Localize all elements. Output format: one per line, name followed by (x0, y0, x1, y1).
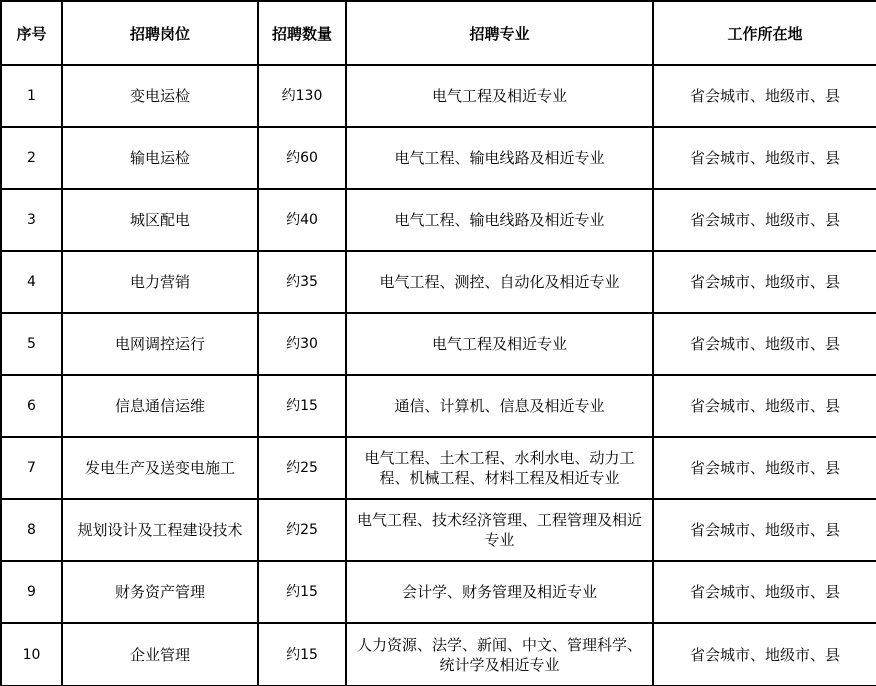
cell-position: 城区配电 (62, 189, 258, 251)
cell-serial-number: 2 (1, 127, 62, 189)
cell-position: 发电生产及送变电施工 (62, 437, 258, 499)
cell-serial-number: 3 (1, 189, 62, 251)
cell-serial-number: 7 (1, 437, 62, 499)
table-row: 8 规划设计及工程建设技术 约25 电气工程、技术经济管理、工程管理及相近专业 … (1, 499, 876, 561)
table-row: 9 财务资产管理 约15 会计学、财务管理及相近专业 省会城市、地级市、县 (1, 561, 876, 623)
cell-serial-number: 4 (1, 251, 62, 313)
cell-position: 电力营销 (62, 251, 258, 313)
cell-quantity: 约130 (258, 65, 346, 127)
cell-quantity: 约15 (258, 561, 346, 623)
cell-location: 省会城市、地级市、县 (653, 127, 876, 189)
table-row: 6 信息通信运维 约15 通信、计算机、信息及相近专业 省会城市、地级市、县 (1, 375, 876, 437)
table-row: 5 电网调控运行 约30 电气工程及相近专业 省会城市、地级市、县 (1, 313, 876, 375)
cell-serial-number: 5 (1, 313, 62, 375)
cell-location: 省会城市、地级市、县 (653, 375, 876, 437)
header-quantity: 招聘数量 (258, 1, 346, 65)
cell-location: 省会城市、地级市、县 (653, 623, 876, 686)
cell-major: 人力资源、法学、新闻、中文、管理科学、统计学及相近专业 (346, 623, 653, 686)
cell-major: 电气工程及相近专业 (346, 65, 653, 127)
cell-major: 会计学、财务管理及相近专业 (346, 561, 653, 623)
cell-serial-number: 8 (1, 499, 62, 561)
cell-position: 企业管理 (62, 623, 258, 686)
header-major: 招聘专业 (346, 1, 653, 65)
table-row: 3 城区配电 约40 电气工程、输电线路及相近专业 省会城市、地级市、县 (1, 189, 876, 251)
cell-quantity: 约60 (258, 127, 346, 189)
table-row: 2 输电运检 约60 电气工程、输电线路及相近专业 省会城市、地级市、县 (1, 127, 876, 189)
header-serial-number: 序号 (1, 1, 62, 65)
table-row: 1 变电运检 约130 电气工程及相近专业 省会城市、地级市、县 (1, 65, 876, 127)
header-location: 工作所在地 (653, 1, 876, 65)
cell-major: 电气工程、输电线路及相近专业 (346, 127, 653, 189)
cell-major: 电气工程、土木工程、水利水电、动力工程、机械工程、材料工程及相近专业 (346, 437, 653, 499)
cell-quantity: 约15 (258, 375, 346, 437)
cell-major: 通信、计算机、信息及相近专业 (346, 375, 653, 437)
cell-location: 省会城市、地级市、县 (653, 189, 876, 251)
table-row: 7 发电生产及送变电施工 约25 电气工程、土木工程、水利水电、动力工程、机械工… (1, 437, 876, 499)
cell-serial-number: 1 (1, 65, 62, 127)
cell-position: 输电运检 (62, 127, 258, 189)
cell-location: 省会城市、地级市、县 (653, 561, 876, 623)
cell-serial-number: 10 (1, 623, 62, 686)
table-row: 4 电力营销 约35 电气工程、测控、自动化及相近专业 省会城市、地级市、县 (1, 251, 876, 313)
cell-position: 信息通信运维 (62, 375, 258, 437)
cell-position: 规划设计及工程建设技术 (62, 499, 258, 561)
header-position: 招聘岗位 (62, 1, 258, 65)
cell-location: 省会城市、地级市、县 (653, 499, 876, 561)
table-row: 10 企业管理 约15 人力资源、法学、新闻、中文、管理科学、统计学及相近专业 … (1, 623, 876, 686)
cell-quantity: 约15 (258, 623, 346, 686)
cell-location: 省会城市、地级市、县 (653, 437, 876, 499)
cell-position: 电网调控运行 (62, 313, 258, 375)
recruitment-table: 序号 招聘岗位 招聘数量 招聘专业 工作所在地 1 变电运检 约130 电气工程… (0, 0, 876, 686)
cell-quantity: 约25 (258, 437, 346, 499)
cell-location: 省会城市、地级市、县 (653, 313, 876, 375)
cell-serial-number: 6 (1, 375, 62, 437)
cell-location: 省会城市、地级市、县 (653, 65, 876, 127)
cell-quantity: 约25 (258, 499, 346, 561)
cell-serial-number: 9 (1, 561, 62, 623)
cell-quantity: 约30 (258, 313, 346, 375)
cell-major: 电气工程及相近专业 (346, 313, 653, 375)
cell-major: 电气工程、输电线路及相近专业 (346, 189, 653, 251)
cell-location: 省会城市、地级市、县 (653, 251, 876, 313)
table-header-row: 序号 招聘岗位 招聘数量 招聘专业 工作所在地 (1, 1, 876, 65)
cell-quantity: 约40 (258, 189, 346, 251)
cell-quantity: 约35 (258, 251, 346, 313)
cell-position: 变电运检 (62, 65, 258, 127)
cell-major: 电气工程、技术经济管理、工程管理及相近专业 (346, 499, 653, 561)
cell-position: 财务资产管理 (62, 561, 258, 623)
cell-major: 电气工程、测控、自动化及相近专业 (346, 251, 653, 313)
